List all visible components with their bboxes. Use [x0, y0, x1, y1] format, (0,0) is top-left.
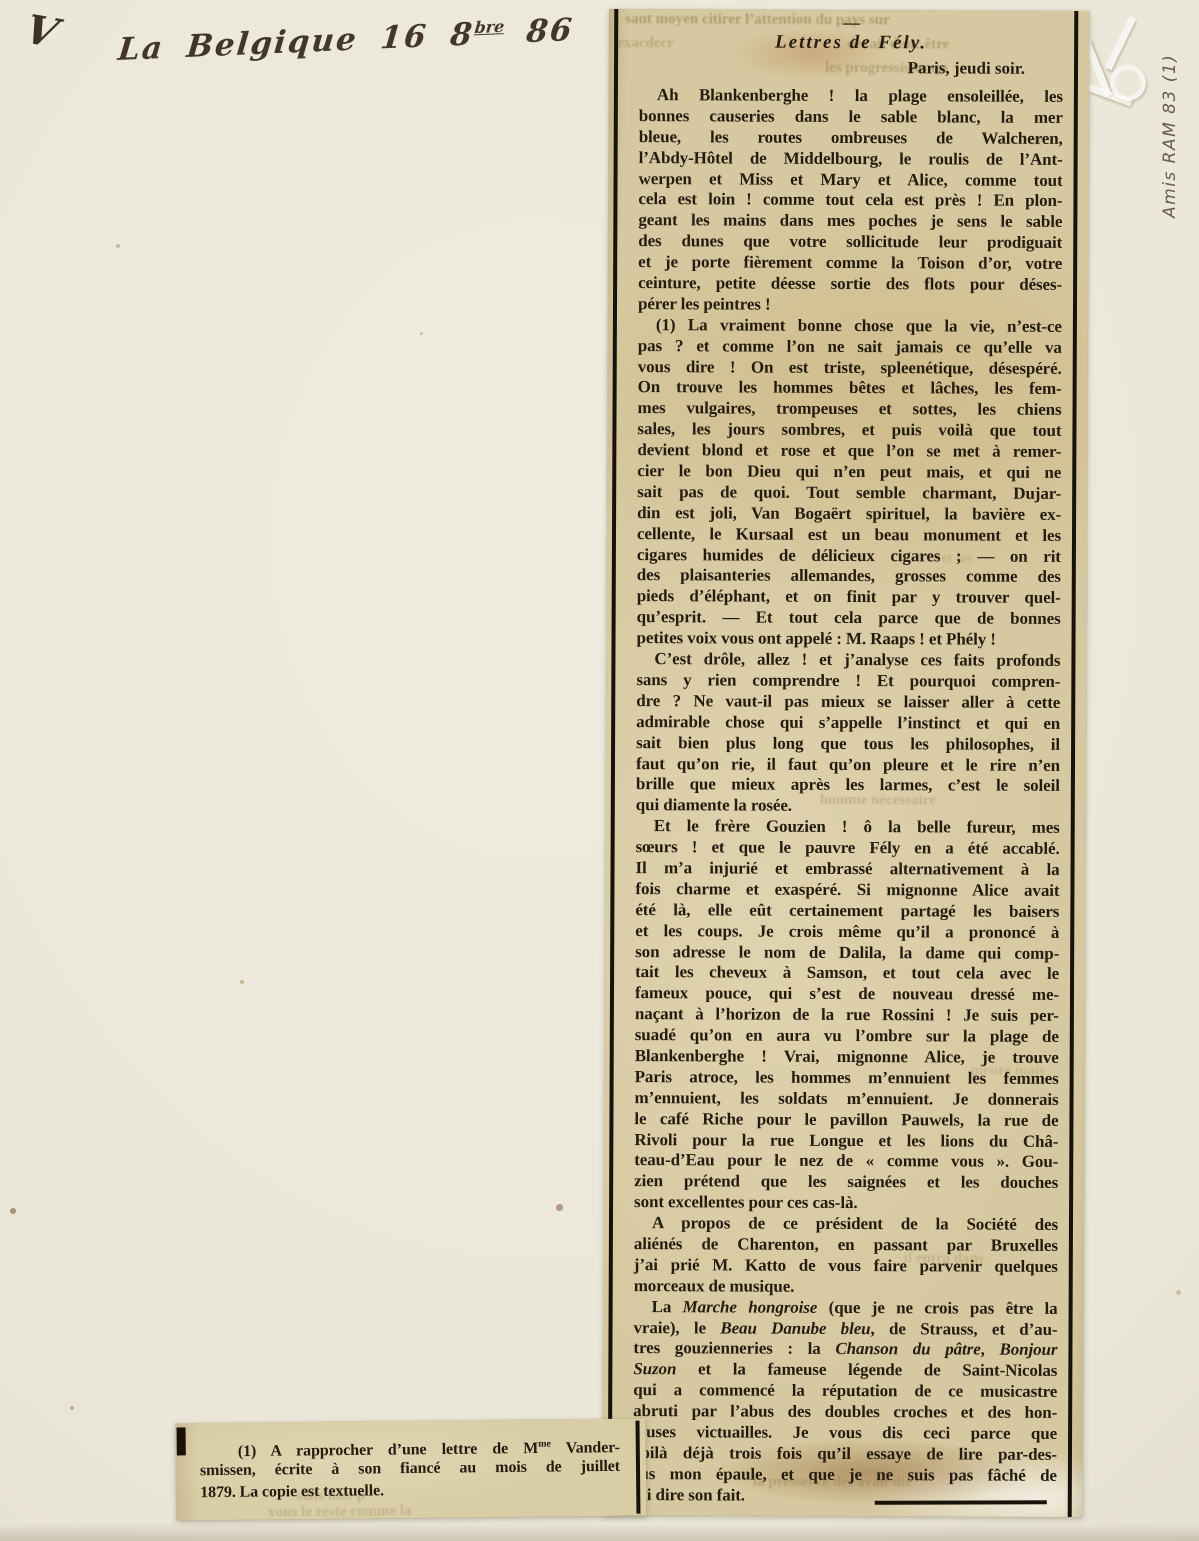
article-line: été là, elle eût certainement partagé le… [635, 900, 1059, 923]
article-line: sales, les jours sombres, et puis voilà … [637, 419, 1061, 442]
footnote-body: (1) A rapprocher d’une lettre de Mme Van… [200, 1433, 621, 1505]
article-line: et je porte fièrement comme la Toison d’… [638, 252, 1062, 275]
article-line: cela est loin ! comme tout cela est près… [638, 190, 1062, 213]
article-line: sœurs ! et que le pauvre Fély en a été a… [636, 837, 1060, 860]
article-line: pas ? et comme l’on ne sait jamais ce qu… [638, 336, 1062, 359]
footnote-line: smissen, écrite à son fiancé au mois de … [200, 1455, 620, 1482]
article-line: fameux pouce, qui s’est de nouveau dress… [635, 983, 1059, 1006]
article-line: sont excellentes pour ces cas-là. [634, 1192, 1058, 1215]
scanned-page: V La Belgique 16 8bre 86 Amis RAM 83 (1)… [0, 0, 1199, 1541]
article-line: ceinture, petite déesse sortie des flots… [638, 273, 1062, 296]
article-line: des dunes que votre sollicitude leur pro… [638, 231, 1062, 254]
showthrough-text-layer: saut moyen citirer l’attention du pays s… [609, 9, 1089, 11]
foxing-speck [420, 332, 423, 335]
article-line: Blankenberghe ! Vrai, mignonne Alice, je… [635, 1046, 1059, 1069]
article-line: bonnes causeries dans le sable blanc, la… [639, 106, 1063, 129]
footnote-clipping: sans nos. pvous le reste comme la (1) A … [176, 1419, 647, 1521]
foxing-speck [1176, 1290, 1181, 1295]
article-line: devient blond et rose et que l’on se met… [637, 440, 1061, 463]
article-line: tait les cheveux à Samson, et tout cela … [635, 962, 1059, 985]
article-line: sait pas de quoi. Tout semble charmant, … [637, 482, 1061, 505]
article-line: din est joli, Van Bogaërt spirituel, la … [637, 503, 1061, 526]
article-line: A propos de ce président de la Société d… [634, 1213, 1058, 1236]
paragraph: Ah Blankenberghe ! la plage ensoleillée,… [638, 85, 1063, 317]
article-line: naçant à l’horizon de la rue Rossini ! J… [635, 1004, 1059, 1027]
article-line: teuses victuailles. Je vous dis ceci par… [633, 1422, 1057, 1445]
article-line: Rivoli pour la rue Longue et les lions d… [634, 1130, 1058, 1153]
footnote-line: 1879. La copie est textuelle. [200, 1478, 620, 1505]
article-line: vous dire ! On est triste, spleenétique,… [638, 357, 1062, 380]
article-line: suadé qu’on en aura vu l’ombre sur la pl… [635, 1025, 1059, 1048]
foxing-speck [10, 1208, 16, 1214]
paragraph: A propos de ce président de la Société d… [634, 1213, 1058, 1298]
article-line: Ah Blankenberghe ! la plage ensoleillée,… [639, 85, 1063, 108]
article-line: tres gouzienneries : la Chanson du pâtre… [633, 1339, 1057, 1362]
article-line: Il m’a injurié et embrassé alternativeme… [635, 858, 1059, 881]
article-line: cellente, le Kursaal est un beau monumen… [637, 524, 1061, 547]
article-line: (1) La vraiment bonne chose que la vie, … [638, 315, 1062, 338]
article-line: brille que mieux après les larmes, c’est… [636, 774, 1060, 797]
article-line: et les coups. Je crois même qu’il a pron… [635, 921, 1059, 944]
paragraph: La Marche hongroise (que je ne crois pas… [633, 1297, 1058, 1508]
handwritten-source-note: La Belgique 16 8bre 86 [116, 12, 575, 68]
article-line: Et le frère Gouzien ! ô la belle fureur,… [636, 816, 1060, 839]
article-line: petites voix vous ont appelé : M. Raaps … [636, 628, 1060, 651]
foxing-speck [240, 980, 244, 984]
article-line: abruti par l’abus des doubles croches et… [633, 1401, 1057, 1424]
article-line: j’ai prié M. Katto de vous faire parveni… [634, 1255, 1058, 1278]
article-line: mes vulgaires, trompeuses et sottes, les… [637, 398, 1061, 421]
showthrough-text-layer: sans nos. pvous le reste comme la [176, 1419, 646, 1424]
footnote-rule-right [636, 1421, 641, 1514]
article-line: Suzon et la fameuse légende de Saint-Nic… [633, 1359, 1057, 1382]
section-separator: — [639, 13, 1063, 33]
article-line: le café Riche pour le pavillon Pauwels, … [634, 1109, 1058, 1132]
article-line: qui diamente la rosée. [636, 795, 1060, 818]
article-line: faut qu’on rie, il faut qu’on pleure et … [636, 754, 1060, 777]
article-line: cigares humides de délicieux cigares ; —… [637, 545, 1061, 568]
article-dateline: Paris, jeudi soir. [639, 55, 1063, 81]
foxing-speck [70, 1406, 74, 1410]
article-line: werpen et Miss et Mary et Alice, comme t… [639, 169, 1063, 192]
embossed-stamp [1079, 13, 1162, 132]
article-line: son adresse le nom de Dalila, la dame qu… [635, 942, 1059, 965]
showthrough-fragment: vous le reste comme la [268, 1503, 411, 1521]
paragraph: (1) La vraiment bonne chose que la vie, … [636, 315, 1061, 651]
article-line: zien prétend que les saignées et les dou… [634, 1171, 1058, 1194]
article-line: qui a commencé la réputation de ce music… [633, 1380, 1057, 1403]
foxing-speck [116, 244, 120, 248]
article-line: sans y rien comprendre ! Et pourquoi com… [636, 670, 1060, 693]
article-body: Ah Blankenberghe ! la plage ensoleillée,… [633, 85, 1063, 1507]
article-line: l’Abdy-Hôtel de Middelbourg, le roulis d… [639, 148, 1063, 171]
article-line: morceaux de musique. [634, 1276, 1058, 1299]
article-line: fois charme et exaspéré. Si mignonne Ali… [635, 879, 1059, 902]
article-line: teau-d’Eau pour le nez de « comme vous »… [634, 1151, 1058, 1174]
article-line: dre ? Ne vaut-il pas mieux se laisser al… [636, 691, 1060, 714]
handwritten-checkmark: V [20, 6, 64, 57]
paragraph: C’est drôle, allez ! et j’analyse ces fa… [636, 649, 1061, 818]
article-line: pérer les peintres ! [638, 294, 1062, 317]
article-line: aliénés de Charenton, en passant par Bru… [634, 1234, 1058, 1257]
article-title: Lettres de Fély. [639, 31, 1063, 57]
article-line: sait bien plus long que tous les philoso… [636, 733, 1060, 756]
column-rule-left [608, 9, 619, 1515]
article-line: Paris atroce, les hommes m’ennuient les … [635, 1067, 1059, 1090]
emboss-stroke [1106, 17, 1136, 70]
article-line: sus mon épaule, et que je ne suis pas fâ… [633, 1464, 1057, 1487]
article-line: C’est drôle, allez ! et j’analyse ces fa… [636, 649, 1060, 672]
article-line: admirable chose qui s’appelle l’instinct… [636, 712, 1060, 735]
article-line: des plaisanteries allemandes, grosses co… [637, 566, 1061, 589]
foxing-speck [556, 1204, 563, 1211]
article-line: m’ennuient, les soldats m’ennuient. Je d… [634, 1088, 1058, 1111]
article-line: geant les mains dans mes poches je sens … [638, 210, 1062, 233]
margin-note-vertical: Amis RAM 83 (1) [1160, 54, 1180, 218]
article-line: pieds d’éléphant, et on finit par y trou… [637, 586, 1061, 609]
column-rule-right [1068, 11, 1079, 1517]
article-line: cier le bon Dieu qui n’en peut mais, et … [637, 461, 1061, 484]
article-line: voilà déjà trois fois qu’il essaye de li… [633, 1443, 1057, 1466]
article-line: La Marche hongroise (que je ne crois pas… [634, 1297, 1058, 1320]
article-line: lui dire son fait. [633, 1485, 1057, 1508]
article-line: On trouve les hommes bêtes et lâches, le… [638, 378, 1062, 401]
paragraph: Et le frère Gouzien ! ô la belle fureur,… [634, 816, 1060, 1215]
newspaper-clipping: saut moyen citirer l’attention du pays s… [603, 9, 1090, 1517]
article-line: bleue, les routes ombreuses de Walcheren… [639, 127, 1063, 150]
article-line: vraie), le Beau Danube bleu, de Strauss,… [633, 1318, 1057, 1341]
footnote-corner-mark [177, 1427, 186, 1455]
article-line: qu’esprit. — Et tout cela parce que de b… [637, 607, 1061, 630]
